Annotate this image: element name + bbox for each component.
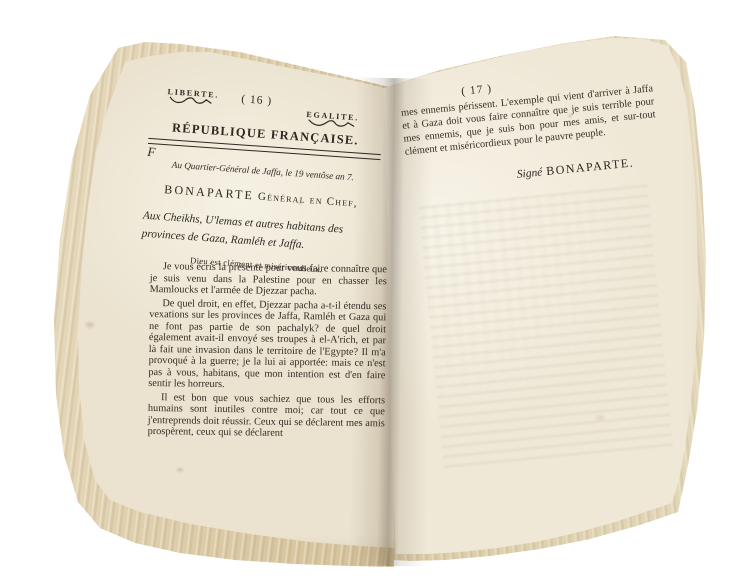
byline: BONAPARTE Général en Chef, [144, 179, 378, 213]
page-number-left: ( 16 ) [241, 93, 273, 107]
gathering-signature-mark: F [147, 144, 156, 161]
salutation: Aux Cheikhs, U'lemas et autres habitans … [141, 208, 376, 259]
show-through-ghost [418, 184, 673, 471]
signature-prefix: Signé [516, 167, 543, 181]
signature-name: BONAPARTE. [546, 156, 635, 179]
byline-name: BONAPARTE [164, 182, 255, 202]
byline-title: Général en Chef, [258, 191, 359, 210]
dateline: Au Quartier-Général de Jaffa, le 19 vent… [146, 158, 379, 184]
body-paragraph: Il est bon que vous sachiez que tous les… [148, 392, 386, 441]
body-paragraph: De quel droit, en effet, Djezzar pacha a… [148, 298, 386, 394]
motto-egalite: EGALITE. [306, 110, 360, 131]
left-page-body: Je vous écris la présente pour vous fair… [148, 261, 387, 443]
motto-liberte: LIBERTE. [167, 87, 220, 108]
left-page-header: LIBERTE. ( 16 ) EGALITE. RÉPUBLIQUE FRAN… [140, 86, 385, 278]
right-page-content: ( 17 ) mes ennemis périssent. L'exemple … [399, 67, 688, 472]
body-paragraph: Je vous écris la présente pour vous fair… [150, 261, 387, 299]
book-photo: LIBERTE. ( 16 ) EGALITE. RÉPUBLIQUE FRAN… [0, 0, 750, 580]
